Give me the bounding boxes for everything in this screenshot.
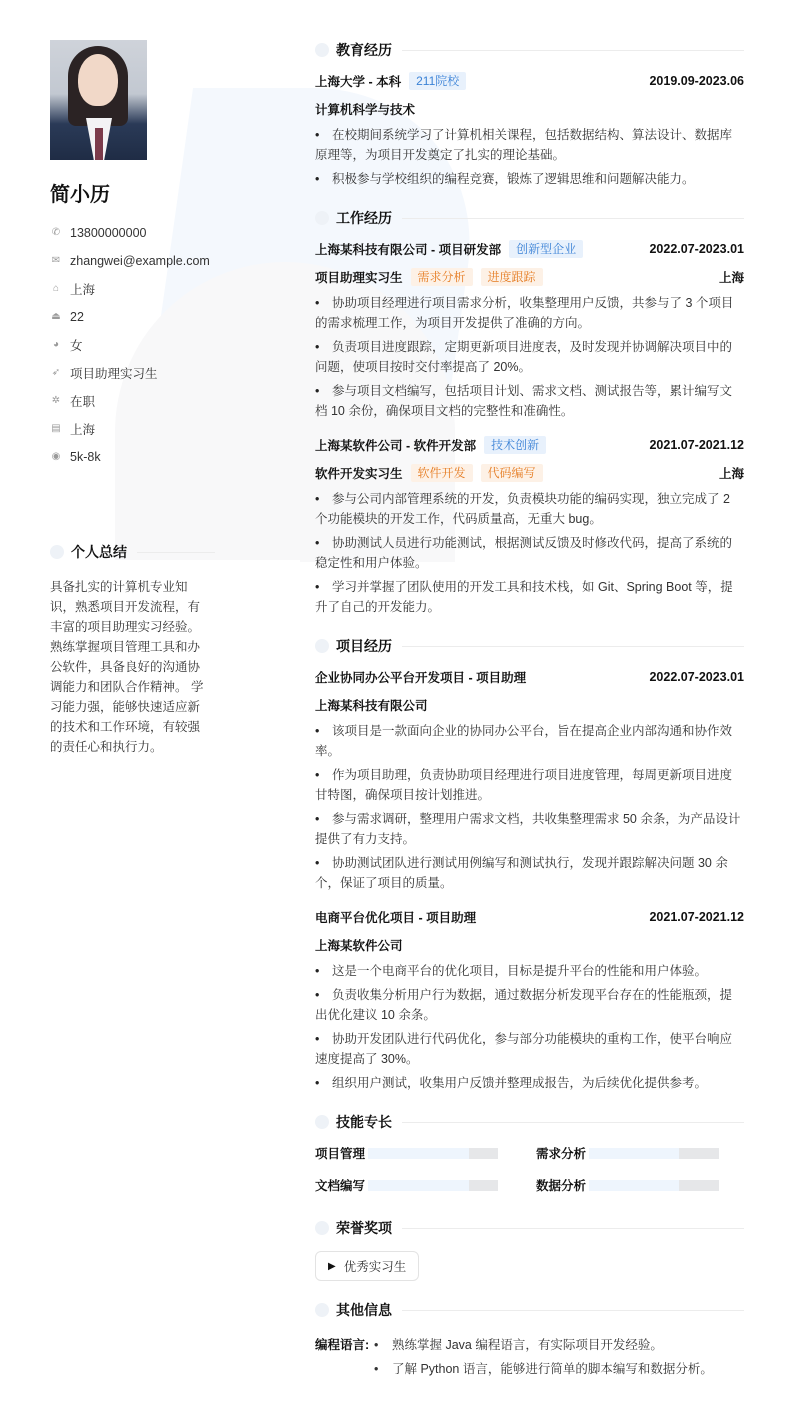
section-title: 荣誉奖项 (336, 1218, 392, 1238)
info-phone: ✆13800000000 (50, 219, 215, 247)
major-row: 计算机科学与技术 (315, 95, 744, 123)
role: 项目助理实习生 (315, 268, 403, 286)
list-item: 该项目是一款面向企业的协同办公平台，旨在提高企业内部沟通和协作效率。 (315, 721, 744, 761)
list-item: 协助开发团队进行代码优化，参与部分功能模块的重构工作，使平台响应速度提高了 30… (315, 1029, 744, 1069)
date-range: 2019.09-2023.06 (649, 74, 744, 88)
company-name: 上海某科技有限公司 - 项目研发部 (315, 240, 501, 258)
send-icon: ➶ (50, 367, 62, 379)
info-salary: ◉5k-8k (50, 443, 215, 471)
info-age: ⏏22 (50, 303, 215, 331)
project-company: 上海某科技有限公司 (315, 696, 428, 714)
contact-info-list: ✆13800000000 ✉zhangwei@example.com ⌂上海 ⏏… (50, 219, 215, 471)
skill-fill (368, 1180, 469, 1191)
section-title: 工作经历 (336, 208, 392, 228)
other-info: 编程语言: 熟练掌握 Java 编程语言，有实际项目开发经验。 了解 Pytho… (315, 1333, 744, 1381)
skill-item: 文档编写 (315, 1171, 536, 1199)
entry-header: 电商平台优化项目 - 项目助理 2021.07-2021.12 (315, 903, 744, 931)
project-entry: 企业协同办公平台开发项目 - 项目助理 2022.07-2023.01 上海某科… (315, 663, 744, 893)
education-section: 教育经历 上海大学 - 本科211院校 2019.09-2023.06 计算机科… (315, 39, 744, 189)
skill-label: 项目管理 (315, 1144, 368, 1162)
date-range: 2022.07-2023.01 (649, 242, 744, 256)
profile-photo (50, 40, 147, 160)
main-content: 教育经历 上海大学 - 本科211院校 2019.09-2023.06 计算机科… (315, 39, 744, 1399)
summary-section: 个人总结 具备扎实的计算机专业知识，熟悉项目开发流程，有丰富的项目助理实习经验。… (50, 541, 215, 757)
bullet-list: 在校期间系统学习了计算机相关课程，包括数据结构、算法设计、数据库原理等，为项目开… (315, 125, 744, 189)
building-icon: ▤ (50, 423, 62, 435)
section-circle-icon (315, 43, 329, 57)
info-status: ✲在职 (50, 387, 215, 415)
list-item: 参与需求调研，整理用户需求文档，共收集整理需求 50 余条，为产品设计提供了有力… (315, 809, 744, 849)
cake-icon: ⏏ (50, 311, 62, 323)
info-gender: ◕女 (50, 331, 215, 359)
role-tag: 需求分析 (411, 268, 473, 286)
section-circle-icon (315, 1115, 329, 1129)
skill-bar (368, 1180, 498, 1191)
award-item[interactable]: ▶ 优秀实习生 (315, 1251, 419, 1281)
role-row: 项目助理实习生需求分析进度跟踪 上海 (315, 263, 744, 291)
divider (402, 218, 744, 219)
skill-bar (589, 1180, 719, 1191)
date-range: 2021.07-2021.12 (649, 910, 744, 924)
info-target-city: ▤上海 (50, 415, 215, 443)
skill-label: 文档编写 (315, 1176, 368, 1194)
list-item: 学习并掌握了团队使用的开发工具和技术栈，如 Git、Spring Boot 等，… (315, 577, 744, 617)
bullet-list: 这是一个电商平台的优化项目，目标是提升平台的性能和用户体验。 负责收集分析用户行… (315, 961, 744, 1093)
list-item: 组织用户测试，收集用户反馈并整理成报告，为后续优化提供参考。 (315, 1073, 744, 1093)
info-city: ⌂上海 (50, 275, 215, 303)
company-row: 上海某科技有限公司 (315, 691, 744, 719)
projects-section: 项目经历 企业协同办公平台开发项目 - 项目助理 2022.07-2023.01… (315, 635, 744, 1093)
date-range: 2021.07-2021.12 (649, 438, 744, 452)
role-tag: 进度跟踪 (481, 268, 543, 286)
section-header: 技能专长 (315, 1111, 744, 1133)
company-tag: 技术创新 (484, 436, 546, 454)
company-row: 上海某软件公司 (315, 931, 744, 959)
education-entry: 上海大学 - 本科211院校 2019.09-2023.06 计算机科学与技术 … (315, 67, 744, 189)
role-tag: 代码编写 (481, 464, 543, 482)
salary-icon: ◉ (50, 451, 62, 463)
company-tag: 创新型企业 (509, 240, 583, 258)
info-target-job: ➶项目助理实习生 (50, 359, 215, 387)
bullet-list: 参与公司内部管理系统的开发，负责模块功能的编码实现，独立完成了 2 个功能模块的… (315, 489, 744, 617)
divider (402, 646, 744, 647)
section-header: 荣誉奖项 (315, 1217, 744, 1239)
skill-label: 需求分析 (536, 1144, 589, 1162)
entry-header: 上海某软件公司 - 软件开发部技术创新 2021.07-2021.12 (315, 431, 744, 459)
list-item: 负责项目进度跟踪，定期更新项目进度表，及时发现并协调解决项目中的问题，使项目按时… (315, 337, 744, 377)
list-item: 协助测试人员进行功能测试，根据测试反馈及时修改代码，提高了系统的稳定性和用户体验… (315, 533, 744, 573)
list-item: 参与项目文档编写，包括项目计划、需求文档、测试报告等，累计编写文档 10 余份，… (315, 381, 744, 421)
school-name: 上海大学 - 本科 (315, 72, 401, 90)
project-company: 上海某软件公司 (315, 936, 403, 954)
phone-icon: ✆ (50, 227, 62, 239)
summary-text: 具备扎实的计算机专业知识，熟悉项目开发流程，有丰富的项目助理实习经验。 熟练掌握… (50, 577, 212, 757)
skills-grid: 项目管理 需求分析 文档编写 数据分析 (315, 1139, 744, 1199)
section-circle-icon (50, 545, 64, 559)
award-label: 优秀实习生 (344, 1257, 407, 1275)
sidebar: 简小历 ✆13800000000 ✉zhangwei@example.com ⌂… (50, 40, 215, 471)
skill-item: 数据分析 (536, 1171, 744, 1199)
section-title: 项目经历 (336, 636, 392, 656)
status-icon: ✲ (50, 395, 62, 407)
section-circle-icon (315, 211, 329, 225)
entry-header: 上海某科技有限公司 - 项目研发部创新型企业 2022.07-2023.01 (315, 235, 744, 263)
section-title: 个人总结 (71, 542, 127, 562)
work-entry: 上海某科技有限公司 - 项目研发部创新型企业 2022.07-2023.01 项… (315, 235, 744, 421)
section-title: 教育经历 (336, 40, 392, 60)
list-item: 在校期间系统学习了计算机相关课程，包括数据结构、算法设计、数据库原理等，为项目开… (315, 125, 744, 165)
other-label: 编程语言: (315, 1333, 370, 1381)
bullet-list: 该项目是一款面向企业的协同办公平台，旨在提高企业内部沟通和协作效率。 作为项目助… (315, 721, 744, 893)
list-item: 协助测试团队进行测试用例编写和测试执行，发现并跟踪解决问题 30 余个，保证了项… (315, 853, 744, 893)
project-name: 企业协同办公平台开发项目 - 项目助理 (315, 668, 526, 686)
work-entry: 上海某软件公司 - 软件开发部技术创新 2021.07-2021.12 软件开发… (315, 431, 744, 617)
section-header: 其他信息 (315, 1299, 744, 1321)
project-name: 电商平台优化项目 - 项目助理 (315, 908, 476, 926)
work-section: 工作经历 上海某科技有限公司 - 项目研发部创新型企业 2022.07-2023… (315, 207, 744, 617)
section-title: 其他信息 (336, 1300, 392, 1320)
section-header: 教育经历 (315, 39, 744, 61)
school-tag: 211院校 (409, 72, 466, 90)
section-circle-icon (315, 639, 329, 653)
skill-item: 项目管理 (315, 1139, 536, 1167)
info-email: ✉zhangwei@example.com (50, 247, 215, 275)
skill-label: 数据分析 (536, 1176, 589, 1194)
skill-fill (368, 1148, 469, 1159)
skill-bar (589, 1148, 719, 1159)
section-circle-icon (315, 1221, 329, 1235)
role-row: 软件开发实习生软件开发代码编写 上海 (315, 459, 744, 487)
location: 上海 (719, 464, 744, 482)
location: 上海 (719, 268, 744, 286)
list-item: 负责收集分析用户行为数据，通过数据分析发现平台存在的性能瓶颈，提出优化建议 10… (315, 985, 744, 1025)
other-section: 其他信息 编程语言: 熟练掌握 Java 编程语言，有实际项目开发经验。 了解 … (315, 1299, 744, 1381)
major: 计算机科学与技术 (315, 100, 415, 118)
section-circle-icon (315, 1303, 329, 1317)
skill-bar (368, 1148, 498, 1159)
project-entry: 电商平台优化项目 - 项目助理 2021.07-2021.12 上海某软件公司 … (315, 903, 744, 1093)
list-item: 这是一个电商平台的优化项目，目标是提升平台的性能和用户体验。 (315, 961, 744, 981)
list-item: 积极参与学校组织的编程竞赛，锻炼了逻辑思维和问题解决能力。 (315, 169, 744, 189)
skills-section: 技能专长 项目管理 需求分析 文档编写 数据分析 (315, 1111, 744, 1199)
awards-section: 荣誉奖项 ▶ 优秀实习生 (315, 1217, 744, 1281)
bullet-list: 熟练掌握 Java 编程语言，有实际项目开发经验。 了解 Python 语言，能… (370, 1333, 713, 1381)
section-header: 项目经历 (315, 635, 744, 657)
mail-icon: ✉ (50, 255, 62, 267)
divider (402, 1228, 744, 1229)
skill-fill (589, 1148, 679, 1159)
role-tag: 软件开发 (411, 464, 473, 482)
list-item: 参与公司内部管理系统的开发，负责模块功能的编码实现，独立完成了 2 个功能模块的… (315, 489, 744, 529)
bullet-list: 协助项目经理进行项目需求分析，收集整理用户反馈，共参与了 3 个项目的需求梳理工… (315, 293, 744, 421)
divider (402, 50, 744, 51)
list-item: 协助项目经理进行项目需求分析，收集整理用户反馈，共参与了 3 个项目的需求梳理工… (315, 293, 744, 333)
section-header: 工作经历 (315, 207, 744, 229)
home-icon: ⌂ (50, 283, 62, 295)
divider (402, 1310, 744, 1311)
company-name: 上海某软件公司 - 软件开发部 (315, 436, 476, 454)
section-header: 个人总结 (50, 541, 215, 563)
divider (402, 1122, 744, 1123)
play-triangle-icon: ▶ (328, 1261, 336, 1272)
list-item: 熟练掌握 Java 编程语言，有实际项目开发经验。 (370, 1333, 713, 1357)
divider (137, 552, 215, 553)
skill-item: 需求分析 (536, 1139, 744, 1167)
date-range: 2022.07-2023.01 (649, 670, 744, 684)
role: 软件开发实习生 (315, 464, 403, 482)
section-title: 技能专长 (336, 1112, 392, 1132)
entry-header: 上海大学 - 本科211院校 2019.09-2023.06 (315, 67, 744, 95)
list-item: 了解 Python 语言，能够进行简单的脚本编写和数据分析。 (370, 1357, 713, 1381)
candidate-name: 简小历 (50, 181, 215, 209)
skill-fill (589, 1180, 679, 1191)
gender-icon: ◕ (50, 339, 62, 351)
list-item: 作为项目助理，负责协助项目经理进行项目进度管理，每周更新项目进度甘特图，确保项目… (315, 765, 744, 805)
entry-header: 企业协同办公平台开发项目 - 项目助理 2022.07-2023.01 (315, 663, 744, 691)
